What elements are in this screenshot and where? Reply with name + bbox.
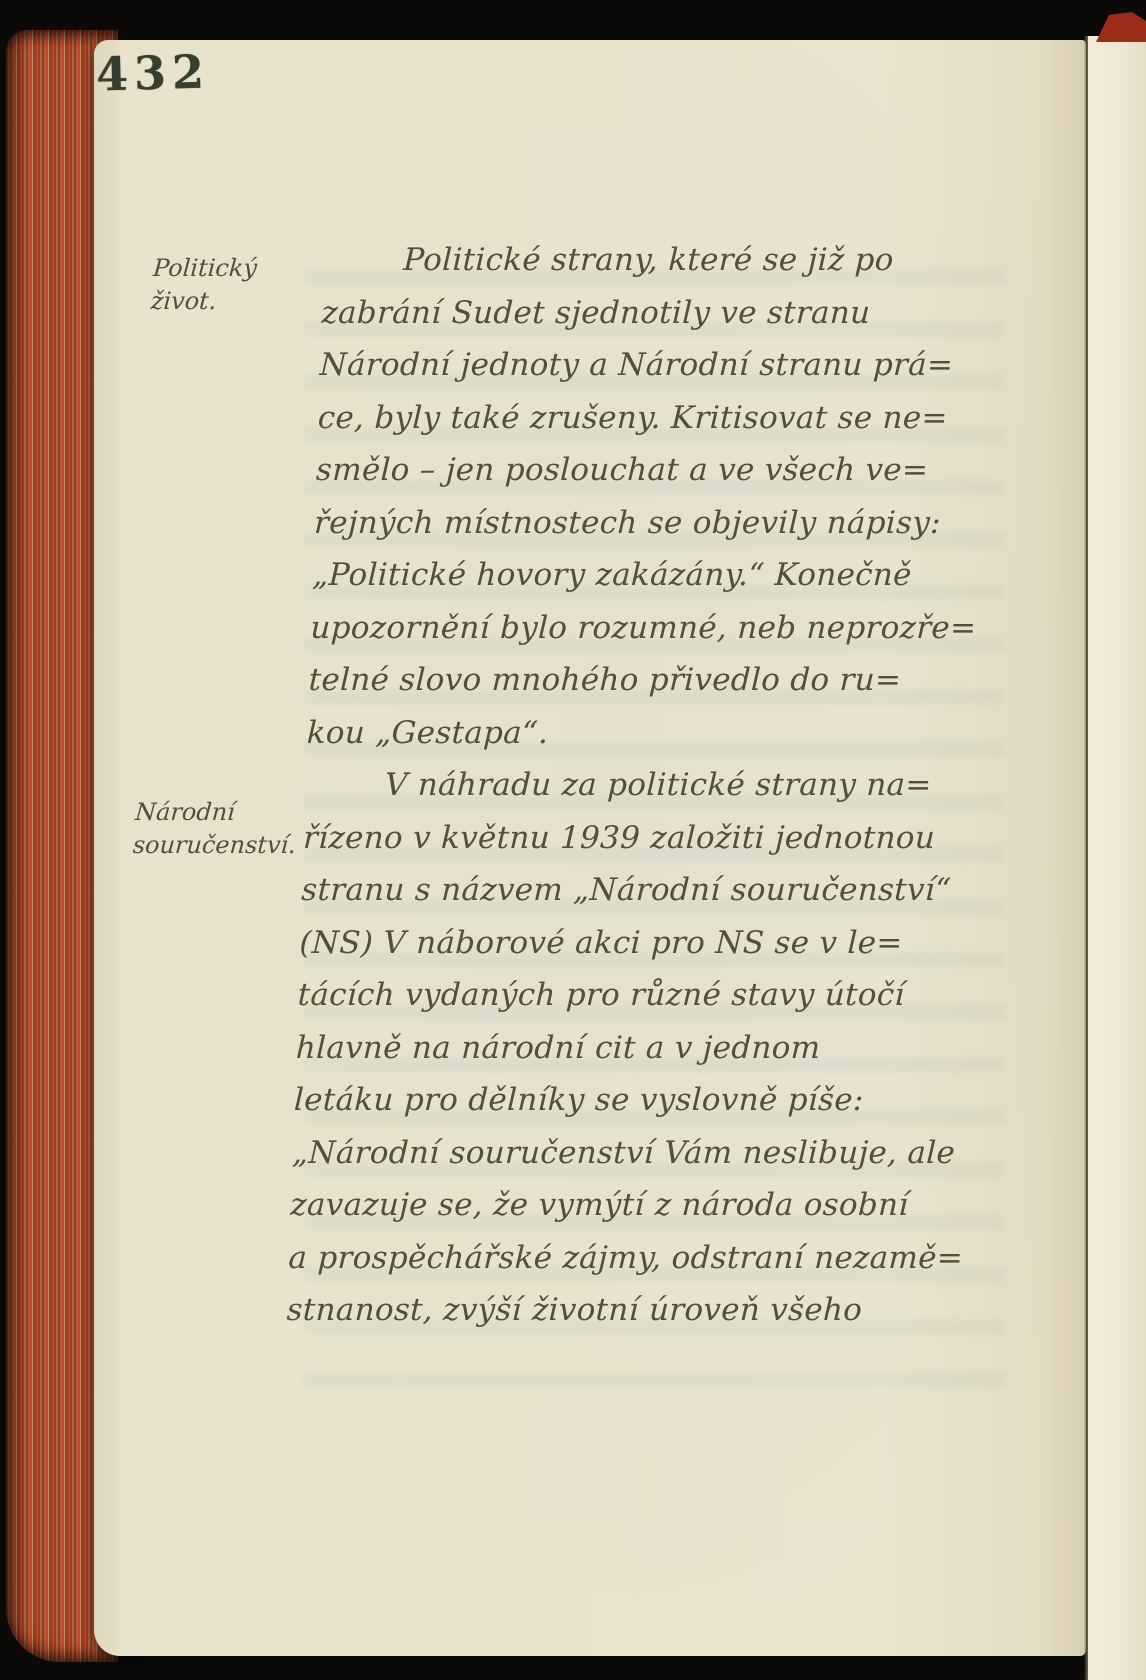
manuscript-line: zavazuje se, že vymýtí z národa osobní [289, 1179, 991, 1232]
manuscript-line: Národní jednoty a Národní stranu prá= [319, 339, 1021, 392]
manuscript-line: letáku pro dělníky se vyslovně píše: [293, 1074, 995, 1127]
manuscript-line: zabrání Sudet sjednotily ve stranu [321, 287, 1023, 340]
manuscript-line: řízeno v květnu 1939 založiti jednotnou [302, 812, 1004, 865]
manuscript-line: V náhradu za politické strany na= [304, 759, 1006, 812]
next-page-edge [1088, 36, 1146, 1680]
manuscript-line: Politické strany, které se již po [322, 234, 1024, 287]
manuscript-text: Politické strany, které se již pozabrání… [286, 234, 1025, 1337]
manuscript-line: kou „Gestapa“. [306, 707, 1008, 760]
margin-note-politicky-zivot: Politický život. [150, 252, 258, 318]
manuscript-line: a prospěchářské zájmy, odstraní nezamě= [288, 1232, 990, 1285]
manuscript-line: stranu s názvem „Národní souručenství“ [300, 864, 1002, 917]
manuscript-line: telné slovo mnohého přivedlo do ru= [308, 654, 1010, 707]
manuscript-line: „Politické hovory zakázány.“ Konečně [311, 549, 1013, 602]
manuscript-line: řejných místnostech se objevily nápisy: [313, 497, 1015, 550]
manuscript-line: „Národní souručenství Vám neslibuje, ale [291, 1127, 993, 1180]
page-number-stamp: 432 [95, 45, 210, 102]
margin-note-narodni-sourucenstvi: Národní souručenství. [132, 796, 300, 862]
book-photo: 432 Politický život. Národní souručenstv… [0, 0, 1146, 1680]
manuscript-line: upozornění bylo rozumné, neb neprozře= [310, 602, 1012, 655]
manuscript-line: (NS) V náborové akci pro NS se v le= [299, 917, 1001, 970]
manuscript-line: tácích vydaných pro různé stavy útočí [297, 969, 999, 1022]
book-cover-corner [1096, 12, 1146, 42]
manuscript-line: stnanost, zvýší životní úroveň všeho [286, 1284, 988, 1337]
manuscript-line: ce, byly také zrušeny. Kritisovat se ne= [317, 392, 1019, 445]
manuscript-line: smělo – jen poslouchat a ve všech ve= [315, 444, 1017, 497]
manuscript-line: hlavně na národní cit a v jednom [295, 1022, 997, 1075]
